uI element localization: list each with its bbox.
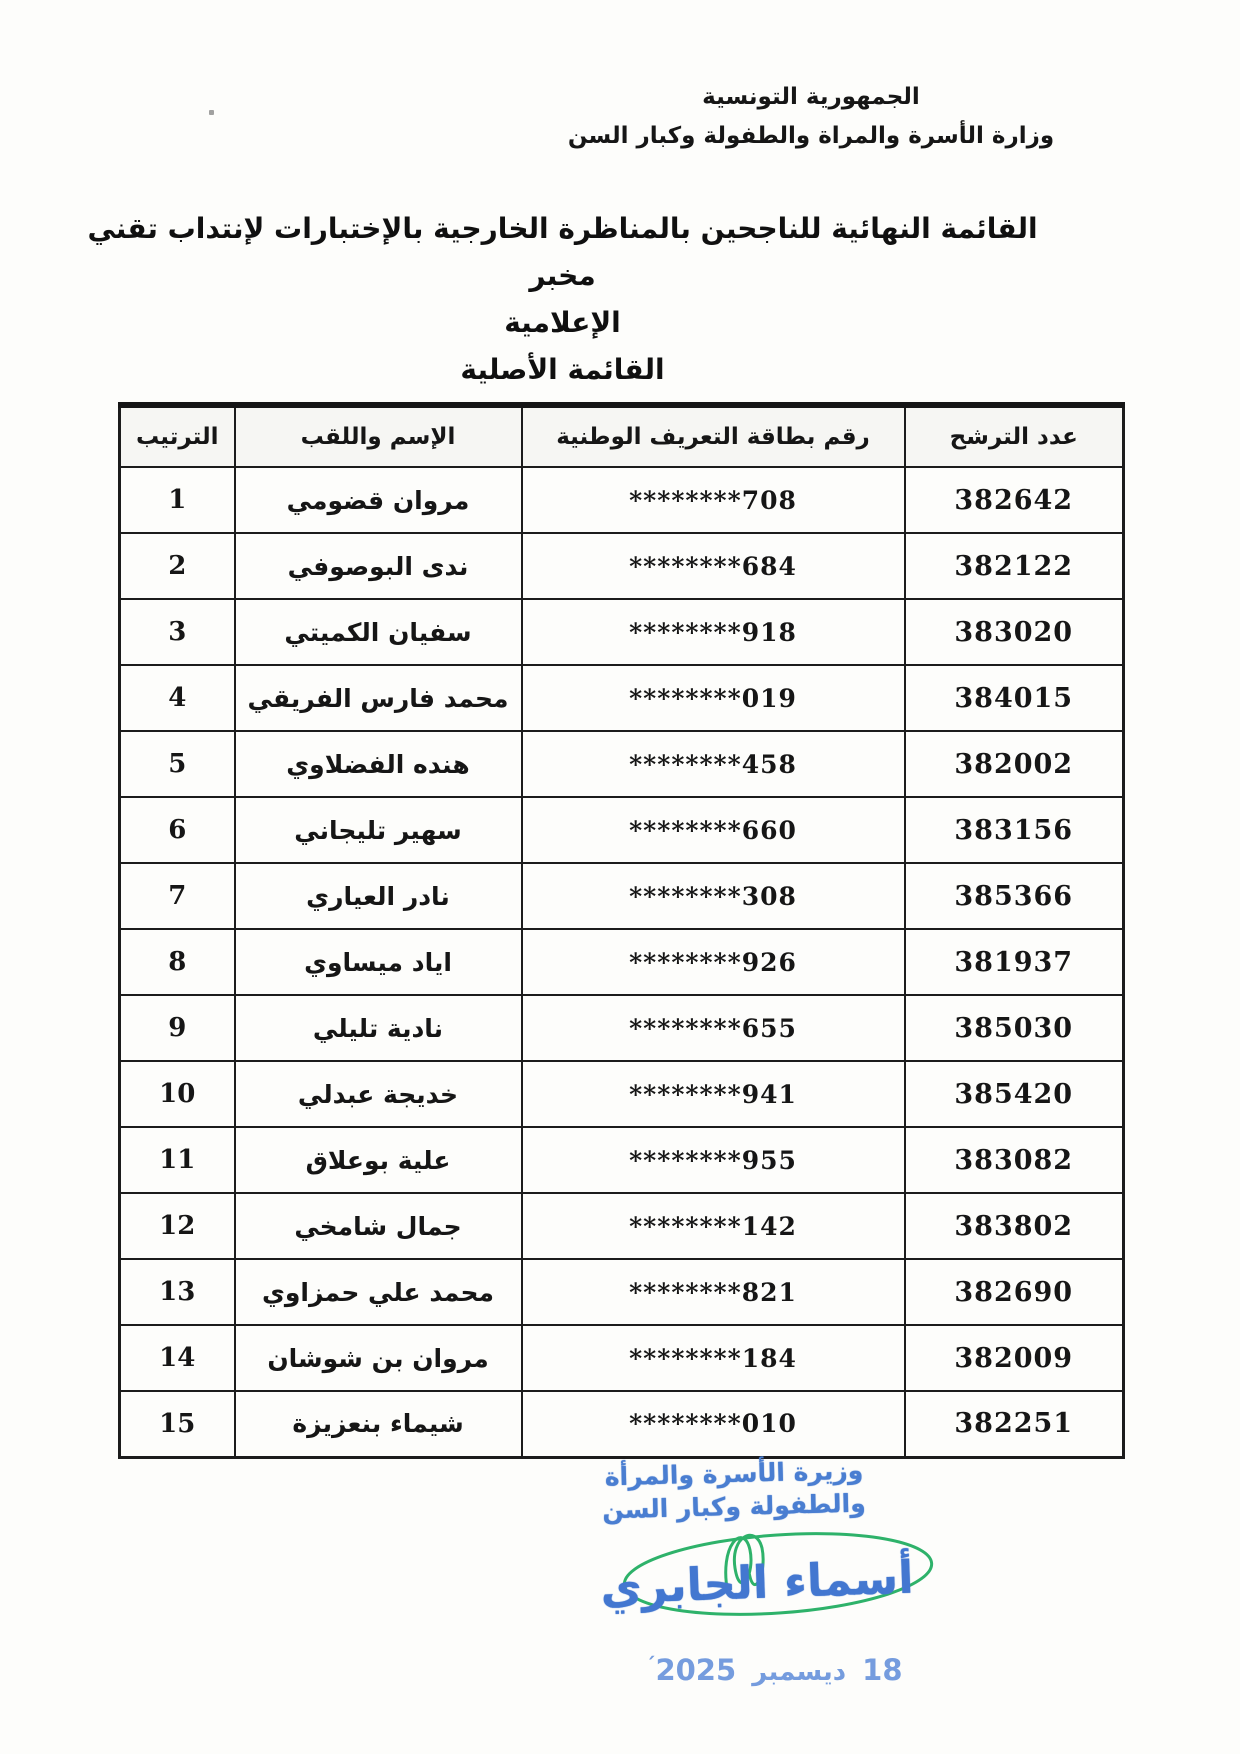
id-cell: ********821 [522,1259,905,1325]
table-header-row: الترتيب الإسم واللقب رقم بطاقة التعريف ا… [120,405,1124,467]
table-row: 13محمد علي حمزاوي********821382690 [120,1259,1124,1325]
name-cell: علية بوعلاق [235,1127,522,1193]
header-id: رقم بطاقة التعريف الوطنية [522,405,905,467]
name-cell: ندى البوصوفي [235,533,522,599]
rank-cell: 15 [120,1391,235,1457]
scan-artifact-dot [209,110,214,115]
number-cell: 381937 [905,929,1124,995]
rank-cell: 12 [120,1193,235,1259]
rank-cell: 10 [120,1061,235,1127]
table-row: 1مروان قضومي********708382642 [120,467,1124,533]
rank-cell: 1 [120,467,235,533]
table-row: 12جمال شامخي********142383802 [120,1193,1124,1259]
scanned-document-page: الجمهورية التونسية وزارة الأسرة والمراة … [0,0,1240,1754]
name-cell: مروان قضومي [235,467,522,533]
id-cell: ********941 [522,1061,905,1127]
date-day: 18 [862,1653,902,1687]
table-row: 15شيماء بنعزيزة********010382251 [120,1391,1124,1457]
rank-cell: 3 [120,599,235,665]
id-cell: ********010 [522,1391,905,1457]
table-row: 11علية بوعلاق********955383082 [120,1127,1124,1193]
date-stamp: 18 ديسمبر ´2025 [635,1653,927,1687]
id-cell: ********184 [522,1325,905,1391]
name-cell: محمد علي حمزاوي [235,1259,522,1325]
number-cell: 384015 [905,665,1124,731]
header-number: عدد الترشح [905,405,1124,467]
number-cell: 382002 [905,731,1124,797]
number-cell: 382690 [905,1259,1124,1325]
table-body: 1مروان قضومي********7083826422ندى البوصو… [120,467,1124,1457]
name-cell: نادر العياري [235,863,522,929]
id-cell: ********918 [522,599,905,665]
number-cell: 385366 [905,863,1124,929]
rank-cell: 5 [120,731,235,797]
table-row: 5هنده الفضلاوي********458382002 [120,731,1124,797]
number-cell: 382009 [905,1325,1124,1391]
number-cell: 382122 [905,533,1124,599]
number-cell: 383802 [905,1193,1124,1259]
header-name: الإسم واللقب [235,405,522,467]
id-cell: ********926 [522,929,905,995]
stamp-text-line-1: وزيرة الأسرة والمرأة [548,1454,921,1493]
name-cell: خديجة عبدلي [235,1061,522,1127]
name-cell: نادية تليلي [235,995,522,1061]
rank-cell: 7 [120,863,235,929]
table-row: 14مروان بن شوشان********184382009 [120,1325,1124,1391]
name-cell: مروان بن شوشان [235,1325,522,1391]
table-row: 9نادية تليلي********655385030 [120,995,1124,1061]
rank-cell: 6 [120,797,235,863]
date-tick: ´ [645,1653,655,1677]
id-cell: ********019 [522,665,905,731]
number-cell: 382251 [905,1391,1124,1457]
rank-cell: 13 [120,1259,235,1325]
id-cell: ********142 [522,1193,905,1259]
date-month: ديسمبر [752,1657,846,1687]
id-cell: ********660 [522,797,905,863]
name-cell: سفيان الكميتي [235,599,522,665]
title-line-1: القائمة النهائية للناجحين بالمناظرة الخا… [55,205,1070,299]
title-line-3: القائمة الأصلية [55,346,1070,393]
ministry-title: وزارة الأسرة والمراة والطفولة وكبار السن [555,123,1067,149]
name-cell: هنده الفضلاوي [235,731,522,797]
table-row: 7نادر العياري********308385366 [120,863,1124,929]
table-row: 4محمد فارس الفريقي********019384015 [120,665,1124,731]
id-cell: ********955 [522,1127,905,1193]
date-year: ´2025 [645,1653,736,1687]
id-cell: ********708 [522,467,905,533]
id-cell: ********655 [522,995,905,1061]
number-cell: 383020 [905,599,1124,665]
id-cell: ********458 [522,731,905,797]
number-cell: 383156 [905,797,1124,863]
number-cell: 382642 [905,467,1124,533]
document-title: القائمة النهائية للناجحين بالمناظرة الخا… [55,205,1070,393]
number-cell: 383082 [905,1127,1124,1193]
name-cell: شيماء بنعزيزة [235,1391,522,1457]
name-cell: سهير تليجاني [235,797,522,863]
results-table: الترتيب الإسم واللقب رقم بطاقة التعريف ا… [118,402,1125,1459]
rank-cell: 9 [120,995,235,1061]
rank-cell: 8 [120,929,235,995]
rank-cell: 14 [120,1325,235,1391]
government-header: الجمهورية التونسية وزارة الأسرة والمراة … [555,84,1067,149]
number-cell: 385030 [905,995,1124,1061]
rank-cell: 4 [120,665,235,731]
number-cell: 385420 [905,1061,1124,1127]
rank-cell: 11 [120,1127,235,1193]
table-row: 10خديجة عبدلي********941385420 [120,1061,1124,1127]
rank-cell: 2 [120,533,235,599]
table-row: 3سفيان الكميتي********918383020 [120,599,1124,665]
name-cell: جمال شامخي [235,1193,522,1259]
name-cell: محمد فارس الفريقي [235,665,522,731]
name-cell: اياد ميساوي [235,929,522,995]
table-row: 8اياد ميساوي********926381937 [120,929,1124,995]
republic-title: الجمهورية التونسية [555,84,1067,110]
id-cell: ********308 [522,863,905,929]
table-row: 6سهير تليجاني********660383156 [120,797,1124,863]
title-line-2: الإعلامية [55,299,1070,346]
id-cell: ********684 [522,533,905,599]
table-row: 2ندى البوصوفي********684382122 [120,533,1124,599]
header-rank: الترتيب [120,405,235,467]
